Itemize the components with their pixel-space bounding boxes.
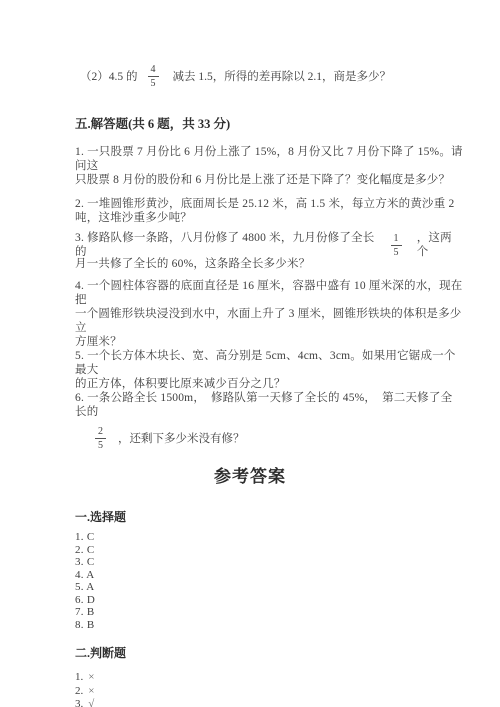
choice-answer-item-4: 4. A [75, 569, 463, 582]
choice-answers-list: 1. C 2. C 3. C 4. A 5. A 6. D 7. B 8. B [75, 531, 463, 631]
problem-3-line-2: 月一共修了全长的 60%，这条路全长多少米？ [75, 257, 463, 271]
problem-3-line-1: 3. 修路队修一条路，八月份修了 4800 米，九月份修了全长的 1 5 ，这两… [75, 233, 463, 257]
judge-section-title: 二.判断题 [75, 647, 463, 660]
problem-6-line-1: 6. 一条公路全长 1500m， 修路队第一天修了全长的 45%， 第二天修了全… [75, 391, 463, 419]
cross-mark: × [88, 685, 94, 697]
choice-answer-item-6: 6. D [75, 594, 463, 607]
problem-6-text-after: ，还剩下多少米没有修？ [118, 430, 245, 446]
section-five-title: 五.解答题(共 6 题，共 33 分) [75, 118, 463, 131]
problem-4-line-1: 4. 一个圆柱体容器的底面直径是 16 厘米，容器中盛有 10 厘米深的水，现在… [75, 279, 463, 307]
question-2-prefix: （2）4.5 的 [80, 68, 138, 84]
judge-answer-item-1: 1.× [75, 671, 463, 685]
problem-4-line-3: 方厘米？ [75, 335, 463, 349]
question-2-line: （2）4.5 的 4 5 减去 1.5，所得的差再除以 2.1，商是多少？ [75, 62, 463, 90]
fraction-two-fifths: 2 5 [95, 426, 106, 451]
fraction-numerator: 1 [391, 233, 402, 246]
fraction-denominator: 5 [98, 439, 103, 451]
problem-3: 3. 修路队修一条路，八月份修了 4800 米，九月份修了全长的 1 5 ，这两… [75, 233, 463, 271]
problem-5-line-2: 的正方体，体积要比原来减少百分之几？ [75, 377, 463, 391]
fraction-numerator: 2 [95, 426, 106, 439]
reference-answers-heading: 参考答案 [37, 467, 463, 487]
problem-5: 5. 一个长方体木块长、宽、高分别是 5cm、4cm、3cm。如果用它锯成一个最… [75, 349, 463, 391]
fraction-numerator: 4 [148, 64, 159, 77]
problem-4: 4. 一个圆柱体容器的底面直径是 16 厘米，容器中盛有 10 厘米深的水，现在… [75, 279, 463, 349]
choice-answer-item-3: 3. C [75, 556, 463, 569]
problem-1: 1. 一只股票 7 月份比 6 月份上涨了 15%，8 月份又比 7 月份下降了… [75, 145, 463, 187]
test-paper-page: （2）4.5 的 4 5 减去 1.5，所得的差再除以 2.1，商是多少？ 五.… [0, 0, 500, 707]
problem-1-line-2: 只股票 8 月份的股份和 6 月份比是上涨了还是下降了？变化幅度是多少？ [75, 173, 463, 187]
judge-answers-list: 1.× 2.× 3.√ [75, 671, 463, 707]
fraction-four-fifths: 4 5 [148, 64, 159, 89]
problem-6-continuation-line: 2 5 ，还剩下多少米没有修？ [75, 425, 463, 451]
problem-6: 6. 一条公路全长 1500m， 修路队第一天修了全长的 45%， 第二天修了全… [75, 391, 463, 419]
fraction-denominator: 5 [394, 246, 399, 258]
fraction-one-fifth: 1 5 [391, 233, 402, 258]
choice-answer-item-5: 5. A [75, 581, 463, 594]
problem-3-text-after: ，这两个 [417, 231, 463, 259]
problem-1-line-1: 1. 一只股票 7 月份比 6 月份上涨了 15%，8 月份又比 7 月份下降了… [75, 145, 463, 173]
fraction-denominator: 5 [151, 77, 156, 89]
choice-answer-item-7: 7. B [75, 606, 463, 619]
cross-mark: × [88, 671, 94, 683]
problem-2-line-1: 2. 一堆圆锥形黄沙，底面周长是 25.12 米，高 1.5 米，每立方米的黄沙… [75, 197, 463, 211]
problem-4-line-2: 一个圆锥形铁块浸没到水中，水面上升了 3 厘米，圆锥形铁块的体积是多少立 [75, 307, 463, 335]
problem-5-line-1: 5. 一个长方体木块长、宽、高分别是 5cm、4cm、3cm。如果用它锯成一个最… [75, 349, 463, 377]
choice-answer-item-2: 2. C [75, 544, 463, 557]
problem-2: 2. 一堆圆锥形黄沙，底面周长是 25.12 米，高 1.5 米，每立方米的黄沙… [75, 197, 463, 225]
check-mark: √ [88, 698, 94, 707]
judge-answer-item-2: 2.× [75, 685, 463, 699]
problem-2-line-2: 吨，这堆沙重多少吨？ [75, 211, 463, 225]
question-2-suffix: 减去 1.5，所得的差再除以 2.1，商是多少？ [173, 68, 392, 84]
choice-section-title: 一.选择题 [75, 511, 463, 524]
judge-item-number: 3. [75, 698, 83, 707]
choice-answer-item-1: 1. C [75, 531, 463, 544]
problem-3-text-before: 3. 修路队修一条路，八月份修了 4800 米，九月份修了全长的 [75, 231, 383, 259]
choice-answer-item-8: 8. B [75, 619, 463, 632]
judge-item-number: 2. [75, 685, 83, 697]
judge-answer-item-3: 3.√ [75, 698, 463, 707]
judge-item-number: 1. [75, 671, 83, 683]
